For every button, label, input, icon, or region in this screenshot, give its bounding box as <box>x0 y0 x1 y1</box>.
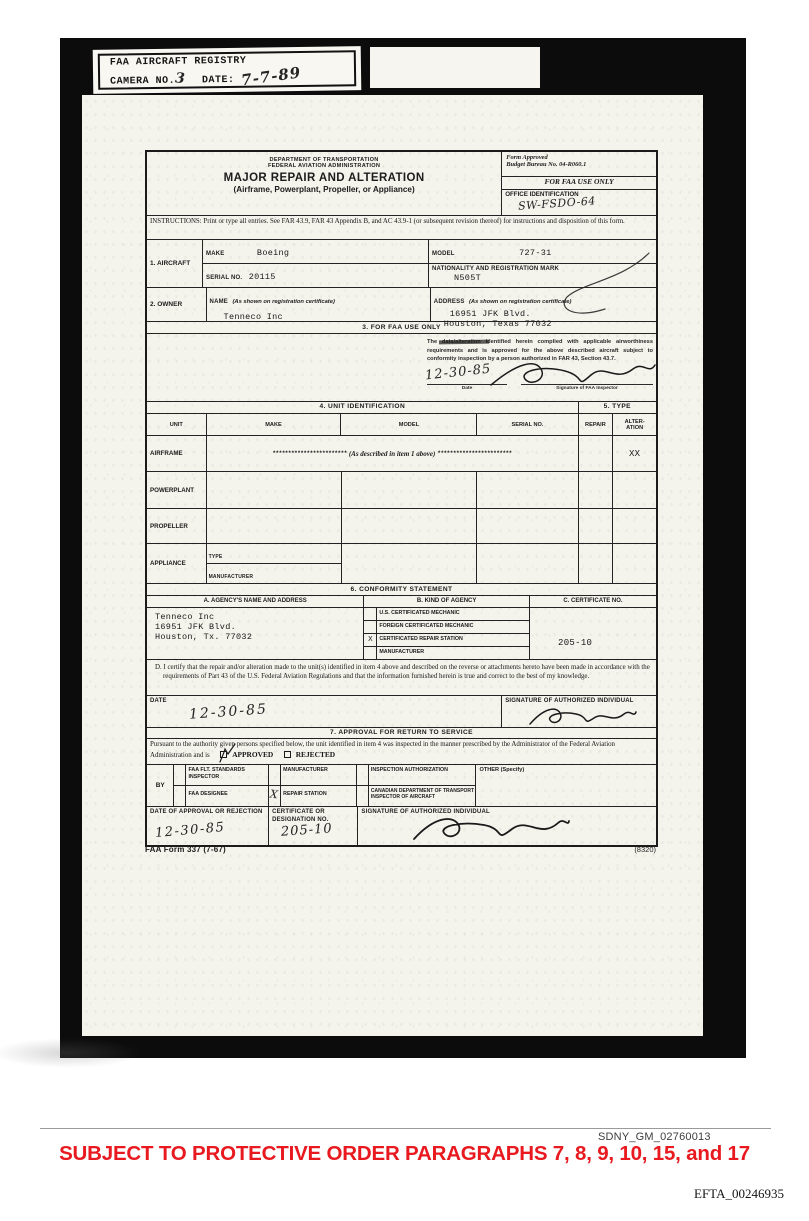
budget-bureau-no: Budget Bureau No. 04-R060.1 <box>506 161 652 168</box>
approval-signature <box>410 813 570 843</box>
approval-signature-label: SIGNATURE OF AUTHORIZED INDIVIDUAL <box>361 809 653 815</box>
form-approval-block: Form Approved Budget Bureau No. 04-R060.… <box>502 152 656 215</box>
owner-address-label: ADDRESS <box>434 299 465 305</box>
by-label: BY <box>147 765 174 806</box>
document-page: DEPARTMENT OF TRANSPORTATION FEDERAL AVI… <box>82 95 703 1036</box>
airframe-note: (As described in item 1 above) <box>349 450 436 458</box>
stamp-signature-field: Signature of FAA Inspector <box>521 373 653 391</box>
airframe-alteration-mark: XX <box>613 436 656 471</box>
signature-underline <box>521 373 653 385</box>
approval-statement-cell: Pursuant to the authority given persons … <box>147 739 656 764</box>
stamp-camera-date-line: CAMERA NO.3 DATE: 7-7-89 <box>110 66 344 87</box>
powerplant-label-text: POWERPLANT <box>150 487 194 494</box>
col-a-header: A. AGENCY'S NAME AND ADDRESS <box>147 596 364 607</box>
aircraft-model-cell: MODEL 727-31 <box>429 240 656 263</box>
serial-no-label: SERIAL NO. <box>206 275 242 281</box>
agency-name-address-cell: Tenneco Inc 16951 JFK Blvd. Houston, Tx.… <box>147 608 364 659</box>
foreign-mechanic-label: FOREIGN CERTIFICATED MECHANIC <box>377 621 529 633</box>
approved-label: APPROVED <box>232 750 273 759</box>
date-of-approval-cell: DATE OF APPROVAL OR REJECTION 12-30-85 <box>147 807 269 845</box>
form-approved-label: Form Approved <box>506 154 652 161</box>
us-mechanic-checkbox <box>364 608 377 620</box>
registry-stamp: FAA AIRCRAFT REGISTRY CAMERA NO.3 DATE: … <box>93 46 362 94</box>
us-mechanic-label: U.S. CERTIFICATED MECHANIC <box>377 608 529 620</box>
agency-kind-row: FOREIGN CERTIFICATED MECHANIC <box>364 621 529 634</box>
section-6-header: 6. CONFORMITY STATEMENT <box>147 584 656 595</box>
manufacturer-checkbox <box>364 647 377 660</box>
serial-no-value: 20115 <box>249 272 276 282</box>
airframe-description-cell: ************************ (As described i… <box>207 436 579 471</box>
section-1-aircraft-label: 1. AIRCRAFT <box>147 240 203 287</box>
agency-kind-row: MANUFACTURER <box>364 647 529 660</box>
aircraft-serial-cell: SERIAL NO. 20115 <box>203 264 429 287</box>
cert-signature-label: SIGNATURE OF AUTHORIZED INDIVIDUAL <box>505 698 653 704</box>
certificate-designation-cell: CERTIFICATE OR DESIGNATION NO. 205-10 <box>269 807 358 845</box>
registration-label: NATIONALITY AND REGISTRATION MARK <box>432 266 653 272</box>
canadian-dept-label: CANADIAN DEPARTMENT OF TRANSPORT INSPECT… <box>369 786 476 807</box>
col-model: MODEL <box>341 414 477 435</box>
propeller-alteration-cell <box>613 509 656 543</box>
model-label: MODEL <box>432 251 455 257</box>
col-c-header: C. CERTIFICATE NO. <box>530 596 656 607</box>
col-unit: UNIT <box>147 414 207 435</box>
owner-name-label: NAME <box>210 299 228 305</box>
rejected-label: REJECTED <box>296 750 335 759</box>
other-specify-cell: OTHER (Specify) <box>476 765 656 806</box>
col-serial-no: SERIAL NO. <box>477 414 578 435</box>
aircraft-registration-cell: NATIONALITY AND REGISTRATION MARK N505T <box>429 264 656 287</box>
section-3-header: 3. FOR FAA USE ONLY <box>147 322 656 333</box>
col-b-header: B. KIND OF AGENCY <box>364 596 530 607</box>
registry-stamp-border: FAA AIRCRAFT REGISTRY CAMERA NO.3 DATE: … <box>98 50 356 90</box>
manufacturer-label: MANUFACTURER <box>377 647 529 660</box>
agency-line3: Houston, Tx. 77032 <box>155 632 355 642</box>
row-airframe-label: AIRFRAME <box>147 436 207 471</box>
form-number: FAA Form 337 (7-67) <box>145 845 226 854</box>
administration-line: FEDERAL AVIATION ADMINISTRATION <box>147 163 501 169</box>
signature-underline-label: Signature of FAA Inspector <box>521 386 653 391</box>
airframe-repair-cell <box>579 436 614 471</box>
date-of-approval-handwritten: 12-30-85 <box>154 820 225 841</box>
registration-value: N505T <box>454 273 653 283</box>
stamp-date-value: 7-7-89 <box>240 63 302 89</box>
office-identification: OFFICE IDENTIFICATION SW-FSDO-64 <box>502 190 656 214</box>
make-label: MAKE <box>206 251 224 257</box>
certification-signature-cell: SIGNATURE OF AUTHORIZED INDIVIDUAL <box>502 696 656 727</box>
cert-date-handwritten: 12-30-85 <box>189 701 269 722</box>
row-propeller-label: PROPELLER <box>147 509 207 543</box>
protective-order-notice: SUBJECT TO PROTECTIVE ORDER PARAGRAPHS 7… <box>0 1142 809 1166</box>
powerplant-alteration-cell <box>613 472 656 508</box>
agency-kind-row: U.S. CERTIFICATED MECHANIC <box>364 608 529 621</box>
owner-address-cell: ADDRESS (As shown on registration certif… <box>431 288 656 321</box>
office-code: (8320) <box>634 845 656 854</box>
airframe-stars-right: ************************ <box>437 450 511 457</box>
photocopy-scan: FAA AIRCRAFT REGISTRY CAMERA NO.3 DATE: … <box>60 38 746 1058</box>
faa-designee-label: FAA DESIGNEE <box>186 786 269 807</box>
section-7-header: 7. APPROVAL FOR RETURN TO SERVICE <box>147 728 656 738</box>
propeller-serial-cell <box>477 509 578 543</box>
form-title: MAJOR REPAIR AND ALTERATION <box>147 172 501 184</box>
instructions-text: INSTRUCTIONS: Print or type all entries.… <box>147 216 656 239</box>
foreign-mechanic-checkbox <box>364 621 377 633</box>
appliance-label-text: APPLIANCE <box>150 560 186 567</box>
propeller-model-cell <box>342 509 478 543</box>
certificate-no-cell: 205-10 <box>530 608 656 659</box>
appliance-manufacturer-label: MANUFACTURER <box>209 574 254 580</box>
airframe-label-text: AIRFRAME <box>150 450 183 457</box>
section-4-header: 4. UNIT IDENTIFICATION <box>147 402 579 413</box>
certification-statement: D. I certify that the repair and/or alte… <box>147 660 656 695</box>
manufacturer-approver-checkbox <box>269 765 281 785</box>
repair-station-checkbox: X <box>364 634 377 646</box>
appliance-alteration-cell <box>613 544 656 583</box>
appliance-serial-cell <box>477 544 578 583</box>
aircraft-make-cell: MAKE Boeing <box>203 240 429 263</box>
powerplant-make-cell <box>207 472 342 508</box>
make-value: Boeing <box>257 248 289 258</box>
budget-approval: Form Approved Budget Bureau No. 04-R060.… <box>502 152 656 177</box>
agency-kind-row: X CERTIFICATED REPAIR STATION <box>364 634 529 647</box>
stamp-date-label: DATE: <box>202 75 235 86</box>
scan-smudge <box>0 1038 142 1068</box>
footer-divider-line <box>40 1128 771 1129</box>
propeller-make-cell <box>207 509 342 543</box>
model-value: 727-31 <box>519 248 551 258</box>
kind-of-agency-cell: U.S. CERTIFICATED MECHANIC FOREIGN CERTI… <box>364 608 530 659</box>
col-alteration: ALTER-ATION <box>613 414 656 435</box>
approved-checkbox <box>220 751 227 758</box>
approval-signature-cell: SIGNATURE OF AUTHORIZED INDIVIDUAL <box>358 807 656 845</box>
owner-address-line1: 16951 JFK Blvd. <box>450 309 653 319</box>
blank-label-box <box>370 47 540 88</box>
powerplant-serial-cell <box>477 472 578 508</box>
certificate-no-value: 205-10 <box>558 638 592 648</box>
form-footer: FAA Form 337 (7-67) (8320) <box>145 845 658 854</box>
cert-date-label: DATE <box>150 698 498 704</box>
repair-station-approver-label: REPAIR STATION <box>281 786 357 807</box>
agency-line2: 16951 JFK Blvd. <box>155 622 355 632</box>
flt-standards-label: FAA FLT. STANDARDS INSPECTOR <box>186 765 269 785</box>
rejected-checkbox <box>284 751 291 758</box>
section-2-owner-label: 2. OWNER <box>147 288 207 321</box>
col-make: MAKE <box>207 414 342 435</box>
faa-use-only-area: The data/alteration identified herein co… <box>147 334 656 402</box>
inspection-auth-checkbox <box>357 765 369 785</box>
camera-no-value: 3 <box>175 70 186 87</box>
row-powerplant-label: POWERPLANT <box>147 472 207 508</box>
manufacturer-approver-label: MANUFACTURER <box>281 765 357 785</box>
propeller-label-text: PROPELLER <box>150 523 188 530</box>
bates-number-efta: EFTA_00246935 <box>694 1186 784 1202</box>
camera-no-label: CAMERA NO. <box>110 76 175 88</box>
certificate-designation-handwritten: 205-10 <box>281 821 334 840</box>
owner-name-cell: NAME (As shown on registration certifica… <box>207 288 431 321</box>
powerplant-repair-cell <box>579 472 614 508</box>
repair-station-approver-checkbox: X <box>269 786 281 807</box>
col-repair: REPAIR <box>579 414 614 435</box>
appliance-make-cell: TYPE MANUFACTURER <box>207 544 342 583</box>
powerplant-model-cell <box>342 472 478 508</box>
row-appliance-label: APPLIANCE <box>147 544 207 583</box>
section-5-header: 5. TYPE <box>579 402 656 413</box>
repair-station-label: CERTIFICATED REPAIR STATION <box>377 634 529 646</box>
repair-station-x-mark: X <box>269 788 279 802</box>
form-title-block: DEPARTMENT OF TRANSPORTATION FEDERAL AVI… <box>147 152 502 215</box>
date-underline-label: Date <box>427 386 507 391</box>
owner-address-label-note: (As shown on registration certificate) <box>469 299 571 305</box>
owner-label-text: 2. OWNER <box>150 301 182 308</box>
authorized-individual-signature <box>528 704 638 728</box>
stamp-date-field: 12-30-85 Date <box>427 373 507 391</box>
aircraft-label-text: 1. AIRCRAFT <box>150 260 190 267</box>
appliance-type-label: TYPE <box>209 554 223 560</box>
owner-name-value: Tenneco Inc <box>224 312 427 322</box>
for-faa-use-only-label: FOR FAA USE ONLY <box>502 177 656 190</box>
canadian-checkbox <box>357 786 369 807</box>
appliance-repair-cell <box>579 544 614 583</box>
airframe-stars-left: ************************ <box>272 450 346 457</box>
propeller-repair-cell <box>579 509 614 543</box>
inspection-auth-label: INSPECTION AUTHORIZATION <box>369 765 476 785</box>
date-of-approval-label: DATE OF APPROVAL OR REJECTION <box>150 809 265 817</box>
faa-form-337: DEPARTMENT OF TRANSPORTATION FEDERAL AVI… <box>145 150 658 847</box>
approver-grid: FAA FLT. STANDARDS INSPECTOR MANUFACTURE… <box>174 765 476 806</box>
faa-designee-checkbox <box>174 786 186 807</box>
certification-date-cell: DATE 12-30-85 <box>147 696 502 727</box>
faa-approval-stamp: The data/alteration identified herein co… <box>427 338 653 391</box>
agency-line1: Tenneco Inc <box>155 612 355 622</box>
owner-name-label-note: (As shown on registration certificate) <box>232 299 334 305</box>
appliance-model-cell <box>342 544 478 583</box>
flt-standards-checkbox <box>174 765 186 785</box>
form-subtitle: (Airframe, Powerplant, Propeller, or App… <box>147 185 501 194</box>
